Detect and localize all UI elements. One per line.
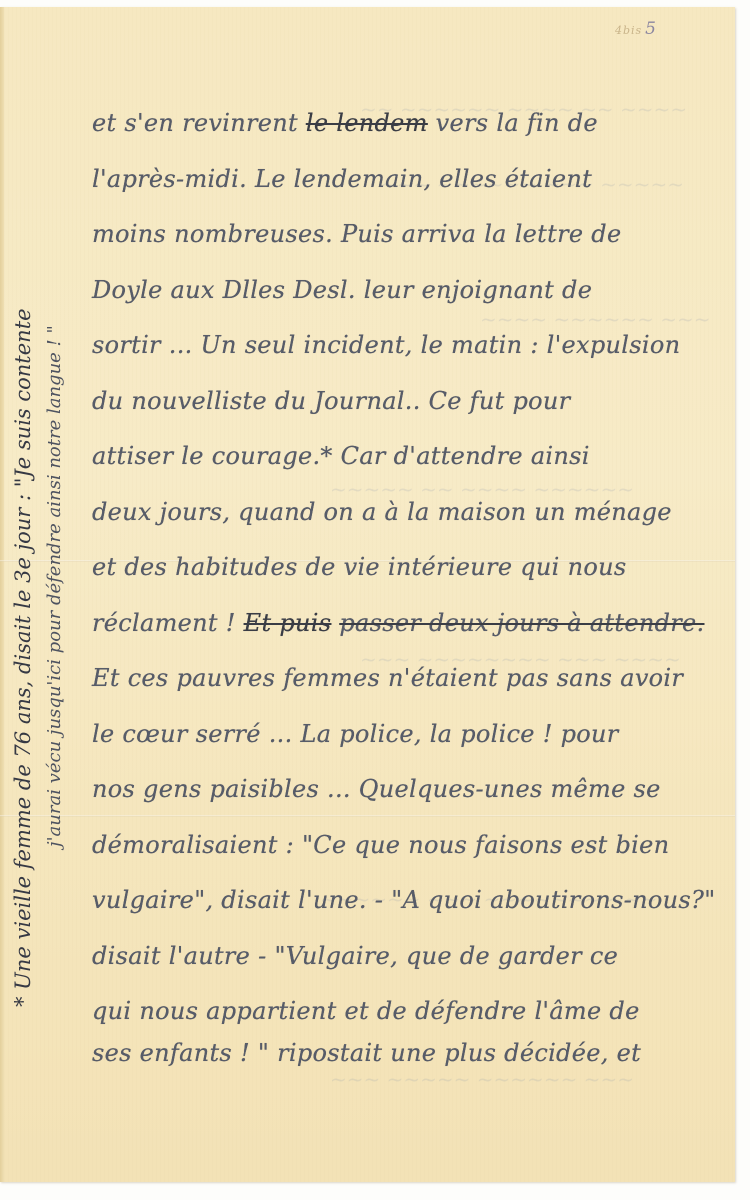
text-line: deux jours, quand on a à la maison un mé… [92, 492, 732, 548]
line-text: sortir ... Un seul incident, le matin : … [92, 331, 680, 359]
line-text: et s'en revinrent [92, 109, 306, 137]
text-line: disait l'autre - "Vulgaire, que de garde… [92, 936, 732, 992]
paper-edge [0, 7, 4, 1182]
line-text: vulgaire", disait l'une. - "A quoi about… [92, 886, 715, 914]
line-text: l'après-midi. Le lendemain, elles étaien… [92, 165, 592, 193]
line-text: ses enfants ! " ripostait une plus décid… [92, 1039, 641, 1067]
margin-note-line: j'aurai vécu jusqu'ici pour défendre ain… [39, 157, 70, 1007]
line-text: disait l'autre - "Vulgaire, que de garde… [92, 942, 618, 970]
text-line: et s'en revinrent le lendem vers la fin … [92, 103, 732, 159]
line-text: attiser le courage.* Car d'attendre ains… [92, 442, 590, 470]
text-line: Doyle aux Dlles Desl. leur enjoignant de [92, 270, 732, 326]
line-text: réclament ! [92, 609, 244, 637]
text-line: et des habitudes de vie intérieure qui n… [92, 547, 732, 603]
page-number-value: 5 [645, 19, 657, 39]
page-number: 4bis5 [615, 19, 657, 39]
text-line: qui nous appartient et de défendre l'âme… [92, 991, 732, 1033]
line-text: Doyle aux Dlles Desl. leur enjoignant de [92, 276, 592, 304]
text-line: nos gens paisibles ... Quelques-unes mêm… [92, 769, 732, 825]
margin-annotation: * Une vieille femme de 76 ans, disait le… [8, 157, 70, 1007]
text-line: le cœur serré ... La police, la police !… [92, 714, 732, 770]
page-number-faint-mark: 4bis [615, 24, 642, 37]
handwritten-body: et s'en revinrent le lendem vers la fin … [92, 103, 732, 1089]
struck-text: Et puis [244, 609, 332, 637]
text-line: démoralisaient : "Ce que nous faisons es… [92, 825, 732, 881]
text-line: du nouvelliste du Journal.. Ce fut pour [92, 381, 732, 437]
text-line: Et ces pauvres femmes n'étaient pas sans… [92, 658, 732, 714]
text-line: attiser le courage.* Car d'attendre ains… [92, 436, 732, 492]
line-text: qui nous appartient et de défendre l'âme… [92, 997, 640, 1025]
text-line: vulgaire", disait l'une. - "A quoi about… [92, 880, 732, 936]
line-text: deux jours, quand on a à la maison un mé… [92, 498, 672, 526]
struck-text: passer deux jours à attendre. [339, 609, 704, 637]
text-line: sortir ... Un seul incident, le matin : … [92, 325, 732, 381]
text-line: réclament ! Et puis passer deux jours à … [92, 603, 732, 659]
margin-note-line: * Une vieille femme de 76 ans, disait le… [8, 157, 39, 1007]
line-text: moins nombreuses. Puis arriva la lettre … [92, 220, 621, 248]
line-text: vers la fin de [428, 109, 598, 137]
letter-page: ~~ ~~~~~~ ~~~~ ~~ ~~~~ ~~~ ~~~~~~ ~~~ ~~… [0, 7, 735, 1182]
text-line: ses enfants ! " ripostait une plus décid… [92, 1033, 732, 1089]
line-text: du nouvelliste du Journal.. Ce fut pour [92, 387, 570, 415]
text-line: moins nombreuses. Puis arriva la lettre … [92, 214, 732, 270]
line-text: nos gens paisibles ... Quelques-unes mêm… [92, 775, 661, 803]
line-text: le cœur serré ... La police, la police !… [92, 720, 619, 748]
line-text: démoralisaient : "Ce que nous faisons es… [92, 831, 669, 859]
line-text: Et ces pauvres femmes n'étaient pas sans… [92, 664, 683, 692]
struck-text: le lendem [306, 109, 428, 137]
text-line: l'après-midi. Le lendemain, elles étaien… [92, 159, 732, 215]
line-text: et des habitudes de vie intérieure qui n… [92, 553, 626, 581]
